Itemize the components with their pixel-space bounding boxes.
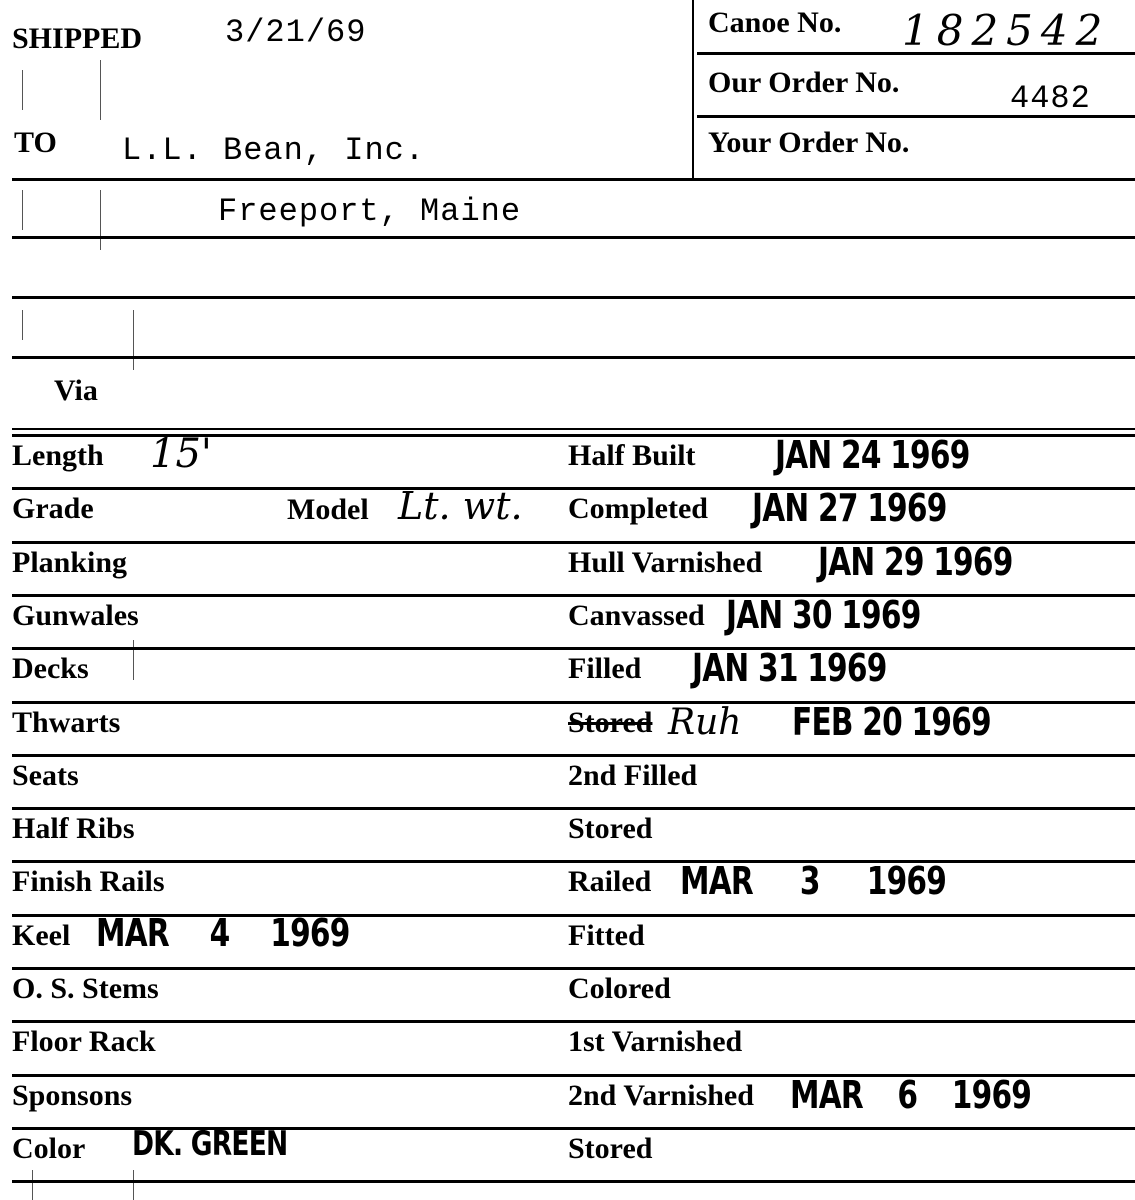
row-rule <box>12 754 1135 757</box>
row-rule <box>12 647 1135 650</box>
model-value: Lt. wt. <box>398 484 523 528</box>
date-stamp: MAR 6 1969 <box>790 1073 1031 1117</box>
model-label: Model <box>287 493 369 527</box>
progress-label: Stored <box>568 706 652 740</box>
progress-label: 2nd Varnished <box>568 1079 754 1113</box>
spec-label: Sponsons <box>12 1079 132 1113</box>
row-rule <box>12 594 1135 597</box>
scan-mark <box>22 70 23 110</box>
date-stamp: JAN 24 1969 <box>775 433 970 477</box>
canoe-no-line <box>697 52 1135 55</box>
spec-label: O. S. Stems <box>12 972 159 1006</box>
date-stamp: JAN 27 1969 <box>752 486 947 530</box>
shipped-label: SHIPPED <box>12 22 142 56</box>
spec-label: Length <box>12 439 104 473</box>
progress-label: Stored <box>568 812 652 846</box>
progress-label: Hull Varnished <box>568 546 762 580</box>
progress-label: Colored <box>568 972 671 1006</box>
scan-mark <box>100 190 101 250</box>
progress-label: Stored <box>568 1132 652 1166</box>
order-box-divider <box>692 0 694 178</box>
progress-label: 1st Varnished <box>568 1025 742 1059</box>
to-label: TO <box>14 126 57 160</box>
address-line-3 <box>12 356 1135 359</box>
your-order-label: Your Order No. <box>708 126 909 160</box>
address-line-2 <box>12 296 1135 299</box>
via-label: Via <box>54 374 98 408</box>
shipped-date: 3/21/69 <box>225 14 366 51</box>
row-rule <box>12 1180 1135 1183</box>
progress-label: Filled <box>568 652 641 686</box>
canoe-no-value: 182542 <box>902 6 1110 55</box>
scan-mark <box>22 190 23 230</box>
to-line <box>12 178 1135 181</box>
initials-annotation: Ruh <box>668 702 741 743</box>
date-stamp: JAN 30 1969 <box>726 593 921 637</box>
our-order-label: Our Order No. <box>708 66 899 100</box>
spec-label: Finish Rails <box>12 865 165 899</box>
scan-mark <box>133 1170 134 1200</box>
date-stamp: MAR 3 1969 <box>680 859 946 903</box>
date-stamp: FEB 20 1969 <box>792 700 991 744</box>
section-rule-top <box>12 428 1135 430</box>
scan-mark <box>133 640 134 680</box>
spec-label: Seats <box>12 759 79 793</box>
row-rule <box>12 1020 1135 1023</box>
spec-label: Thwarts <box>12 706 120 740</box>
spec-label: Decks <box>12 652 89 686</box>
spec-label: Half Ribs <box>12 812 135 846</box>
scan-mark <box>32 1170 33 1200</box>
spec-label: Color <box>12 1132 85 1166</box>
canoe-record-card: SHIPPED 3/21/69 TO L.L. Bean, Inc. Canoe… <box>0 0 1135 1200</box>
spec-value: MAR 4 1969 <box>96 911 350 955</box>
our-order-line <box>697 115 1135 118</box>
spec-label: Grade <box>12 492 94 526</box>
progress-label: Canvassed <box>568 599 705 633</box>
spec-value: 15' <box>150 431 212 477</box>
scan-mark <box>100 60 101 120</box>
progress-label: Railed <box>568 865 651 899</box>
spec-label: Floor Rack <box>12 1025 156 1059</box>
progress-label: Half Built <box>568 439 696 473</box>
spec-value: DK. GREEN <box>132 1124 287 1164</box>
progress-label: Fitted <box>568 919 645 953</box>
row-rule <box>12 807 1135 810</box>
spec-label: Keel <box>12 919 70 953</box>
row-rule <box>12 967 1135 970</box>
address-line-1 <box>12 236 1135 239</box>
scan-mark <box>22 310 23 340</box>
date-stamp: JAN 31 1969 <box>692 646 887 690</box>
row-rule <box>12 860 1135 863</box>
progress-label: 2nd Filled <box>568 759 697 793</box>
progress-label: Completed <box>568 492 708 526</box>
spec-label: Gunwales <box>12 599 139 633</box>
date-stamp: JAN 29 1969 <box>818 540 1013 584</box>
to-name: L.L. Bean, Inc. <box>122 132 425 169</box>
row-rule <box>12 487 1135 490</box>
to-address-line1: Freeport, Maine <box>218 193 521 230</box>
canoe-no-label: Canoe No. <box>708 6 841 40</box>
spec-label: Planking <box>12 546 127 580</box>
our-order-value: 4482 <box>1010 80 1091 117</box>
scan-mark <box>133 310 134 370</box>
